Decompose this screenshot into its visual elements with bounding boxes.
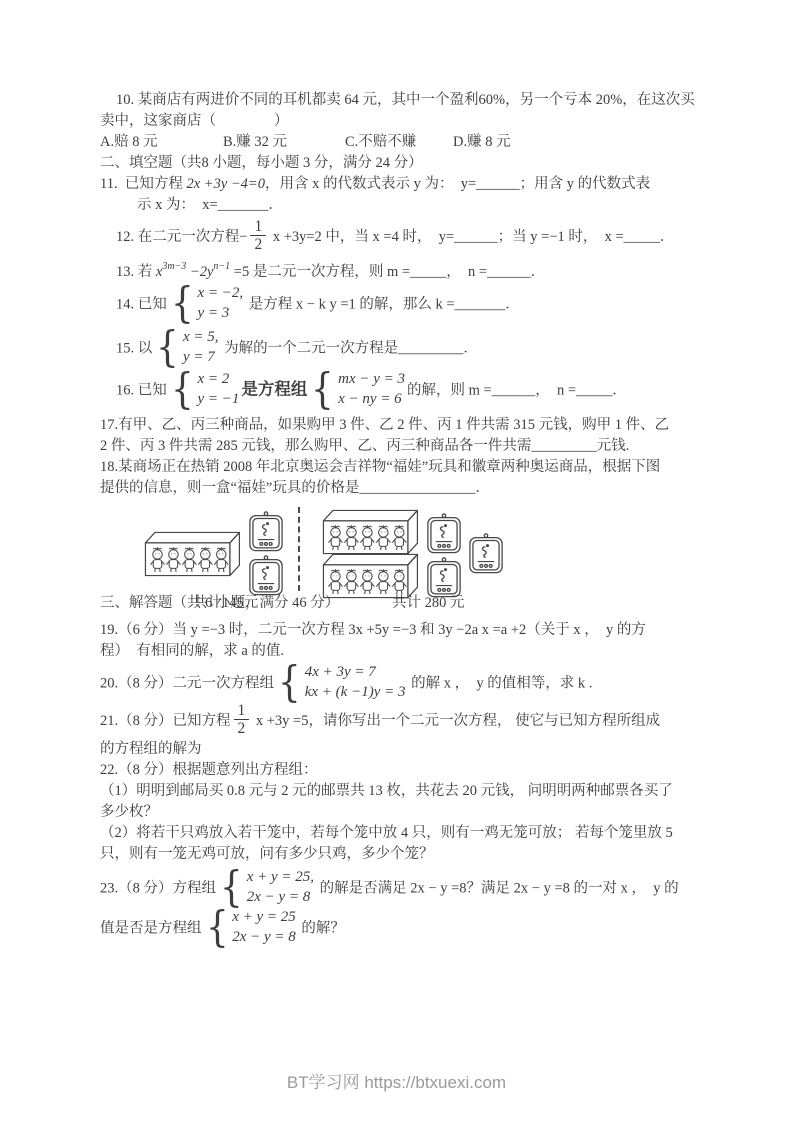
q23-text-c: 值是否是方程组 bbox=[100, 920, 202, 936]
worksheet-content: 10. 某商店有两进价不同的耳机都卖 64 元，其中一个盈利60%，另一个亏本 … bbox=[100, 90, 706, 949]
q16-text-b: 的解，则 m =______， n =_____． bbox=[407, 382, 627, 398]
q21-text: 21.（8 分）已知方程 bbox=[100, 713, 231, 729]
left-brace: { bbox=[156, 328, 179, 366]
right-group-caption: 共计 280 元 bbox=[392, 593, 465, 614]
q20-equation-system: {4x + 3y = 7kx + (k −1)y = 3 bbox=[276, 662, 405, 702]
q16-line: 16. 已知{x = 2y = −1是方程组{mx − y = 3x − ny … bbox=[100, 371, 706, 411]
fuwa-box-image bbox=[142, 529, 242, 579]
fuwa-price-figure bbox=[100, 507, 706, 591]
fraction-numerator: 1 bbox=[250, 218, 266, 235]
section-3-header-line: 三、解答题（共 6 小题，满分 46 分）共计145元共计 280 元 bbox=[100, 593, 706, 614]
q21-line-2: 的方程组的解为 bbox=[100, 739, 706, 760]
q23-text: 23.（8 分）方程组 bbox=[100, 880, 216, 896]
q23-text-b: 的解是否满足 2x − y =8？满足 2x − y =8 的一对 x ， y … bbox=[316, 880, 679, 896]
q13-text-b: =5 是二元一次方程，则 m =_____， n =______． bbox=[230, 264, 545, 280]
q14-row-1: x = −2, bbox=[197, 283, 243, 303]
option-d: D.赚 8 元 bbox=[453, 132, 511, 153]
q13-exponent-x: 3m−3 bbox=[162, 261, 186, 272]
q23-equation-system-1: {x + y = 25,2x − y = 8 bbox=[218, 867, 314, 907]
worksheet-page: 10. 某商店有两进价不同的耳机都卖 64 元，其中一个盈利60%，另一个亏本 … bbox=[0, 0, 793, 1122]
q15-row-1: x = 5, bbox=[183, 327, 219, 347]
option-a: A.赔 8 元 bbox=[100, 132, 223, 153]
q23-equation-system-2: {x + y = 252x − y = 8 bbox=[204, 907, 296, 947]
q16-sys1-row-2: y = −1 bbox=[197, 389, 239, 409]
q16-sys1-row-1: x = 2 bbox=[197, 369, 239, 389]
q23-sys2-row-1: x + y = 25 bbox=[232, 907, 296, 927]
q17-line-1: 17.有甲、乙、丙三种商品，如果购甲 3 件、乙 2 件、丙 1 件共需 315… bbox=[100, 415, 706, 436]
q22-part1-line-2: 多少枚？ bbox=[100, 802, 706, 823]
q11-line-2: 示 x 为： x=_______． bbox=[100, 195, 706, 216]
q15-text: 15. 以 bbox=[116, 340, 152, 356]
q14-row-2: y = 3 bbox=[197, 303, 243, 323]
dashed-divider bbox=[298, 507, 300, 591]
q19-line-1: 19.（6 分）当 y =−3 时，二元一次方程 3x +5y =−3 和 3y… bbox=[100, 620, 706, 641]
q16-sys2-row-1: mx − y = 3 bbox=[338, 369, 405, 389]
q13-exponent-y: n−1 bbox=[213, 261, 230, 272]
q18-line-1: 18.某商场正在热销 2008 年北京奥运会吉祥物“福娃”玩具和徽章两种奥运商品… bbox=[100, 457, 706, 478]
q20-line: 20.（8 分）二元一次方程组{4x + 3y = 7kx + (k −1)y … bbox=[100, 664, 706, 704]
q12-text: 12. 在二元一次方程− bbox=[116, 229, 247, 245]
fraction-numerator: 1 bbox=[234, 702, 250, 719]
q18-line-2: 提供的信息，则一盒“福娃”玩具的价格是________________． bbox=[100, 478, 706, 499]
q23-line-2: 值是否是方程组{x + y = 252x − y = 8 的解？ bbox=[100, 909, 706, 949]
q15-solution-pair: {x = 5,y = 7 bbox=[154, 327, 218, 367]
q16-text: 16. 已知 bbox=[116, 382, 167, 398]
q16-equation-system: {mx − y = 3x − ny = 6 bbox=[309, 369, 405, 409]
q21-text-b: x +3y =5，请你写出一个二元一次方程， 使它与已知方程所组成 bbox=[252, 713, 660, 729]
q10-line-2: 卖中，这家商店（ ） bbox=[100, 111, 706, 132]
q12-text-b: x +3y=2 中，当 x =4 时， y=______；当 y =−1 时， … bbox=[269, 229, 674, 245]
q20-text: 20.（8 分）二元一次方程组 bbox=[100, 675, 274, 691]
q21-line-1: 21.（8 分）已知方程12 x +3y =5，请你写出一个二元一次方程， 使它… bbox=[100, 704, 706, 739]
olympic-badge-icon bbox=[248, 555, 284, 597]
q14-solution-pair: {x = −2,y = 3 bbox=[169, 283, 243, 323]
q23-sys1-row-1: x + y = 25, bbox=[247, 867, 314, 887]
q23-sys2-row-2: 2x − y = 8 bbox=[232, 927, 296, 947]
left-brace: { bbox=[206, 908, 229, 946]
q22-header: 22.（8 分）根据题意列出方程组： bbox=[100, 760, 706, 781]
fraction-denominator: 2 bbox=[234, 719, 250, 737]
fraction-one-half: 12 bbox=[234, 702, 250, 737]
olympic-badge-icon bbox=[248, 511, 284, 553]
q15-text-b: 为解的一个二元一次方程是_________． bbox=[221, 340, 478, 356]
q10-options: A.赔 8 元B.赚 32 元C.不赔不赚D.赚 8 元 bbox=[100, 132, 706, 153]
q13-text: 13. 若 bbox=[116, 264, 156, 280]
q23-text-d: 的解？ bbox=[298, 920, 345, 936]
q20-text-b: 的解 x ， y 的值相等，求 k . bbox=[407, 675, 592, 691]
left-brace: { bbox=[171, 284, 194, 322]
q16-solution-pair: {x = 2y = −1 bbox=[169, 369, 240, 409]
footer-site-text: BT学习网 https://btxuexi.com bbox=[287, 1073, 506, 1092]
left-brace: { bbox=[278, 663, 301, 701]
q11-text: 11. 已知方程 bbox=[100, 176, 186, 192]
fraction-denominator: 2 bbox=[250, 235, 266, 253]
left-brace: { bbox=[311, 370, 334, 408]
section-2-header: 二、填空题（共8 小题，每小题 3 分，满分 24 分） bbox=[100, 153, 706, 174]
q14-text: 14. 已知 bbox=[116, 296, 167, 312]
q11-line-1: 11. 已知方程 2x +3y −4=0，用含 x 的代数式表示 y 为： y=… bbox=[100, 174, 706, 195]
q20-row-2: kx + (k −1)y = 3 bbox=[305, 682, 406, 702]
q16-sys2-row-2: x − ny = 6 bbox=[338, 389, 405, 409]
q20-row-1: 4x + 3y = 7 bbox=[305, 662, 406, 682]
left-brace: { bbox=[220, 868, 243, 906]
q23-sys1-row-2: 2x − y = 8 bbox=[247, 887, 314, 907]
q11-text-b: ，用含 x 的代数式表示 y 为： y=______；用含 y 的代数式表 bbox=[265, 176, 650, 192]
q23-line-1: 23.（8 分）方程组{x + y = 25,2x − y = 8 的解是否满足… bbox=[100, 869, 706, 909]
q22-part2-line-1: （2）将若干只鸡放入若干笼中，若每个笼中放 4 只，则有一鸡无笼可放； 若每个笼… bbox=[100, 823, 706, 844]
fuwa-box-image bbox=[318, 507, 422, 557]
q17-line-2: 2 件、丙 3 件共需 285 元钱，那么购甲、乙、丙三种商品各一件共需____… bbox=[100, 436, 706, 457]
q19-line-2: 程） 有相同的解，求 a 的值. bbox=[100, 641, 706, 662]
q14-text-b: 是方程 x − k y =1 的解，那么 k =_______． bbox=[245, 296, 520, 312]
q12-line: 12. 在二元一次方程−12 x +3y=2 中，当 x =4 时， y=___… bbox=[100, 220, 706, 255]
footer-watermark: BT学习网 https://btxuexi.com bbox=[0, 1068, 793, 1093]
olympic-badge-icon bbox=[468, 533, 504, 575]
q15-line: 15. 以{x = 5,y = 7 为解的一个二元一次方程是_________． bbox=[100, 329, 706, 369]
fraction-one-half: 12 bbox=[250, 218, 266, 253]
q14-line: 14. 已知{x = −2,y = 3 是方程 x − k y =1 的解，那么… bbox=[100, 285, 706, 325]
q11-equation: 2x +3y −4=0 bbox=[186, 176, 264, 192]
q16-bold-text: 是方程组 bbox=[241, 380, 307, 398]
olympic-badge-icon bbox=[426, 513, 462, 555]
left-group-caption: 共计145元 bbox=[193, 593, 258, 614]
q10-line-1: 10. 某商店有两进价不同的耳机都卖 64 元，其中一个盈利60%，另一个亏本 … bbox=[100, 90, 706, 111]
left-brace: { bbox=[171, 370, 194, 408]
option-b: B.赚 32 元 bbox=[223, 132, 345, 153]
q22-part2-line-2: 只，则有一笼无鸡可放，问有多少只鸡，多少个笼？ bbox=[100, 844, 706, 865]
q22-part1-line-1: （1）明明到邮局买 0.8 元与 2 元的邮票共 13 枚，共花去 20 元钱，… bbox=[100, 781, 706, 802]
option-c: C.不赔不赚 bbox=[345, 132, 453, 153]
